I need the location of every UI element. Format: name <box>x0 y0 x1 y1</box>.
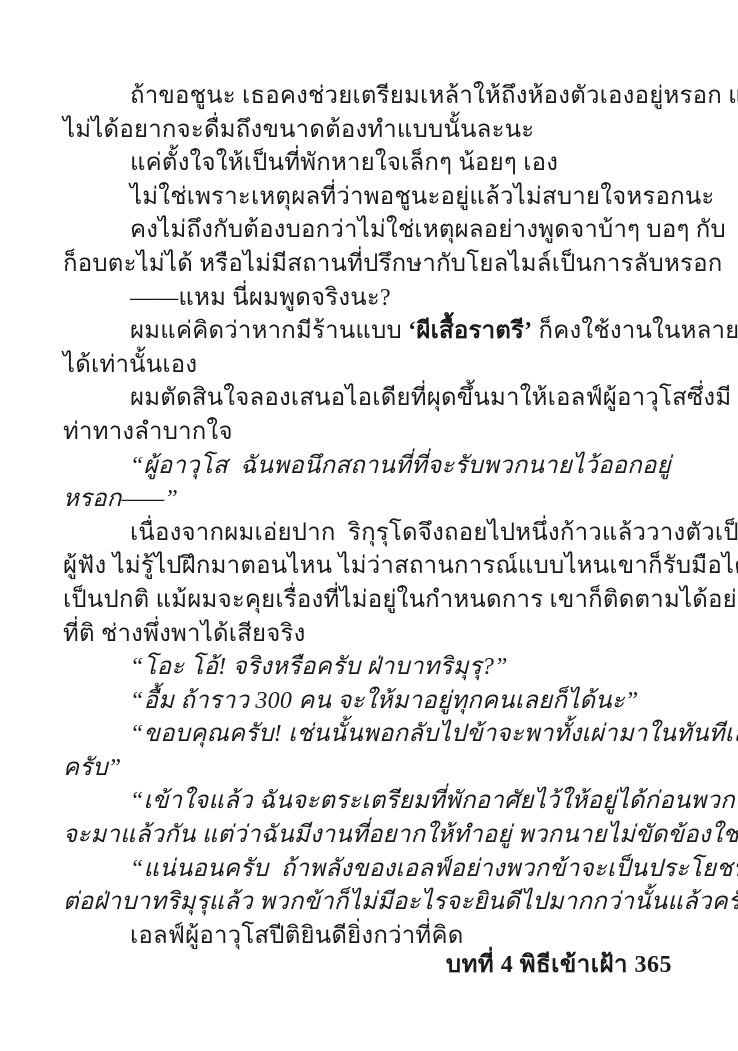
text-line: “โอะ โอ้! จริงหรือครับ ฝ่าบาทริมุรุ?” <box>63 651 676 685</box>
text-segment: “แน่นอนครับ ถ้าพลังของเอลฟ์อย่างพวกข้าจะ… <box>130 856 738 882</box>
text-line: ผมแค่คิดว่าหากมีร้านแบบ ‘ผีเสื้อราตรี’ ก… <box>63 315 676 349</box>
text-segment: ——แหม นี่ผมพูดจริงนะ? <box>130 285 391 311</box>
text-segment: หรอก——” <box>63 486 178 512</box>
text-segment: แค่ตั้งใจให้เป็นที่พักหายใจเล็กๆ น้อยๆ เ… <box>130 150 558 176</box>
text-line: คงไม่ถึงกับต้องบอกว่าไม่ใช่เหตุผลอย่างพู… <box>63 214 676 248</box>
text-segment: “เข้าใจแล้ว ฉันจะตระเตรียมที่พักอาศัยไว้… <box>130 788 738 814</box>
text-line: แค่ตั้งใจให้เป็นที่พักหายใจเล็กๆ น้อยๆ เ… <box>63 147 676 181</box>
text-line: “ขอบคุณครับ! เช่นนั้นพอกลับไปข้าจะพาทั้ง… <box>63 718 676 752</box>
text-line: ที่ติ ช่างพึ่งพาได้เสียจริง <box>63 618 676 652</box>
text-line: ——แหม นี่ผมพูดจริงนะ? <box>63 282 676 316</box>
text-segment: “ขอบคุณครับ! เช่นนั้นพอกลับไปข้าจะพาทั้ง… <box>130 721 738 747</box>
text-line: “ผู้อาวุโส ฉันพอนึกสถานที่ที่จะรับพวกนาย… <box>63 450 676 484</box>
text-line: ถ้าขอชูนะ เธอคงช่วยเตรียมเหล้าให้ถึงห้อง… <box>63 80 676 114</box>
text-segment: ผู้ฟัง ไม่รู้ไปฝึกมาตอนไหน ไม่ว่าสถานการ… <box>63 553 738 579</box>
text-line: จะมาแล้วกัน แต่ว่าฉันมีงานที่อยากให้ทำอย… <box>63 819 676 853</box>
text-segment: ที่ติ ช่างพึ่งพาได้เสียจริง <box>63 621 306 647</box>
text-segment: ไม่ได้อยากจะดื่มถึงขนาดต้องทำแบบนั้นละนะ <box>63 117 534 143</box>
text-segment: ผมตัดสินใจลองเสนอไอเดียที่ผุดขึ้นมาให้เอ… <box>130 385 731 411</box>
text-segment: เป็นปกติ แม้ผมจะคุยเรื่องที่ไม่อยู่ในกำห… <box>63 587 738 613</box>
text-segment: “อื้ม ถ้าราว 300 คน จะให้มาอยู่ทุกคนเลยก… <box>130 688 638 714</box>
text-block: ถ้าขอชูนะ เธอคงช่วยเตรียมเหล้าให้ถึงห้อง… <box>63 80 676 953</box>
text-segment: ได้เท่านั้นเอง <box>63 352 197 378</box>
text-segment: เนื่องจากผมเอ่ยปาก ริกุรุโดจึงถอยไปหนึ่ง… <box>130 520 738 546</box>
text-line: ครับ” <box>63 752 676 786</box>
text-segment: ก็คงใช้งานในหลายด้าน <box>532 318 738 344</box>
text-line: ต่อฝ่าบาทริมุรุแล้ว พวกข้าก็ไม่มีอะไรจะย… <box>63 886 676 920</box>
text-segment: ครับ” <box>63 755 121 781</box>
text-line: เป็นปกติ แม้ผมจะคุยเรื่องที่ไม่อยู่ในกำห… <box>63 584 676 618</box>
book-page: ถ้าขอชูนะ เธอคงช่วยเตรียมเหล้าให้ถึงห้อง… <box>0 0 738 1051</box>
bold-term: ‘ผีเสื้อราตรี’ <box>408 318 532 344</box>
text-segment: จะมาแล้วกัน แต่ว่าฉันมีงานที่อยากให้ทำอย… <box>63 822 738 848</box>
text-segment: “ผู้อาวุโส ฉันพอนึกสถานที่ที่จะรับพวกนาย… <box>130 453 671 479</box>
text-line: ไม่ได้อยากจะดื่มถึงขนาดต้องทำแบบนั้นละนะ <box>63 114 676 148</box>
text-line: ผมตัดสินใจลองเสนอไอเดียที่ผุดขึ้นมาให้เอ… <box>63 382 676 416</box>
text-segment: ท่าทางลำบากใจ <box>63 419 233 445</box>
text-line: “แน่นอนครับ ถ้าพลังของเอลฟ์อย่างพวกข้าจะ… <box>63 853 676 887</box>
text-segment: ไม่ใช่เพราะเหตุผลที่ว่าพอชูนะอยู่แล้วไม่… <box>130 184 715 210</box>
text-line: ได้เท่านั้นเอง <box>63 349 676 383</box>
text-line: ไม่ใช่เพราะเหตุผลที่ว่าพอชูนะอยู่แล้วไม่… <box>63 181 676 215</box>
text-segment: “โอะ โอ้! จริงหรือครับ ฝ่าบาทริมุรุ?” <box>130 654 508 680</box>
chapter-footer: บทที่ 4 พิธีเข้าเฝ้า 365 <box>446 948 672 982</box>
text-line: ก็อบตะไม่ได้ หรือไม่มีสถานที่ปรึกษากับโย… <box>63 248 676 282</box>
text-segment: คงไม่ถึงกับต้องบอกว่าไม่ใช่เหตุผลอย่างพู… <box>130 217 726 243</box>
text-line: “เข้าใจแล้ว ฉันจะตระเตรียมที่พักอาศัยไว้… <box>63 785 676 819</box>
text-line: ผู้ฟัง ไม่รู้ไปฝึกมาตอนไหน ไม่ว่าสถานการ… <box>63 550 676 584</box>
text-segment: ก็อบตะไม่ได้ หรือไม่มีสถานที่ปรึกษากับโย… <box>63 251 722 277</box>
text-line: หรอก——” <box>63 483 676 517</box>
text-line: ท่าทางลำบากใจ <box>63 416 676 450</box>
text-segment: ต่อฝ่าบาทริมุรุแล้ว พวกข้าก็ไม่มีอะไรจะย… <box>63 889 738 915</box>
text-segment: ผมแค่คิดว่าหากมีร้านแบบ <box>130 318 408 344</box>
text-segment: เอลฟ์ผู้อาวุโสปีติยินดียิ่งกว่าที่คิด <box>130 923 464 949</box>
text-line: เนื่องจากผมเอ่ยปาก ริกุรุโดจึงถอยไปหนึ่ง… <box>63 517 676 551</box>
text-line: “อื้ม ถ้าราว 300 คน จะให้มาอยู่ทุกคนเลยก… <box>63 685 676 719</box>
text-segment: ถ้าขอชูนะ เธอคงช่วยเตรียมเหล้าให้ถึงห้อง… <box>130 83 738 109</box>
